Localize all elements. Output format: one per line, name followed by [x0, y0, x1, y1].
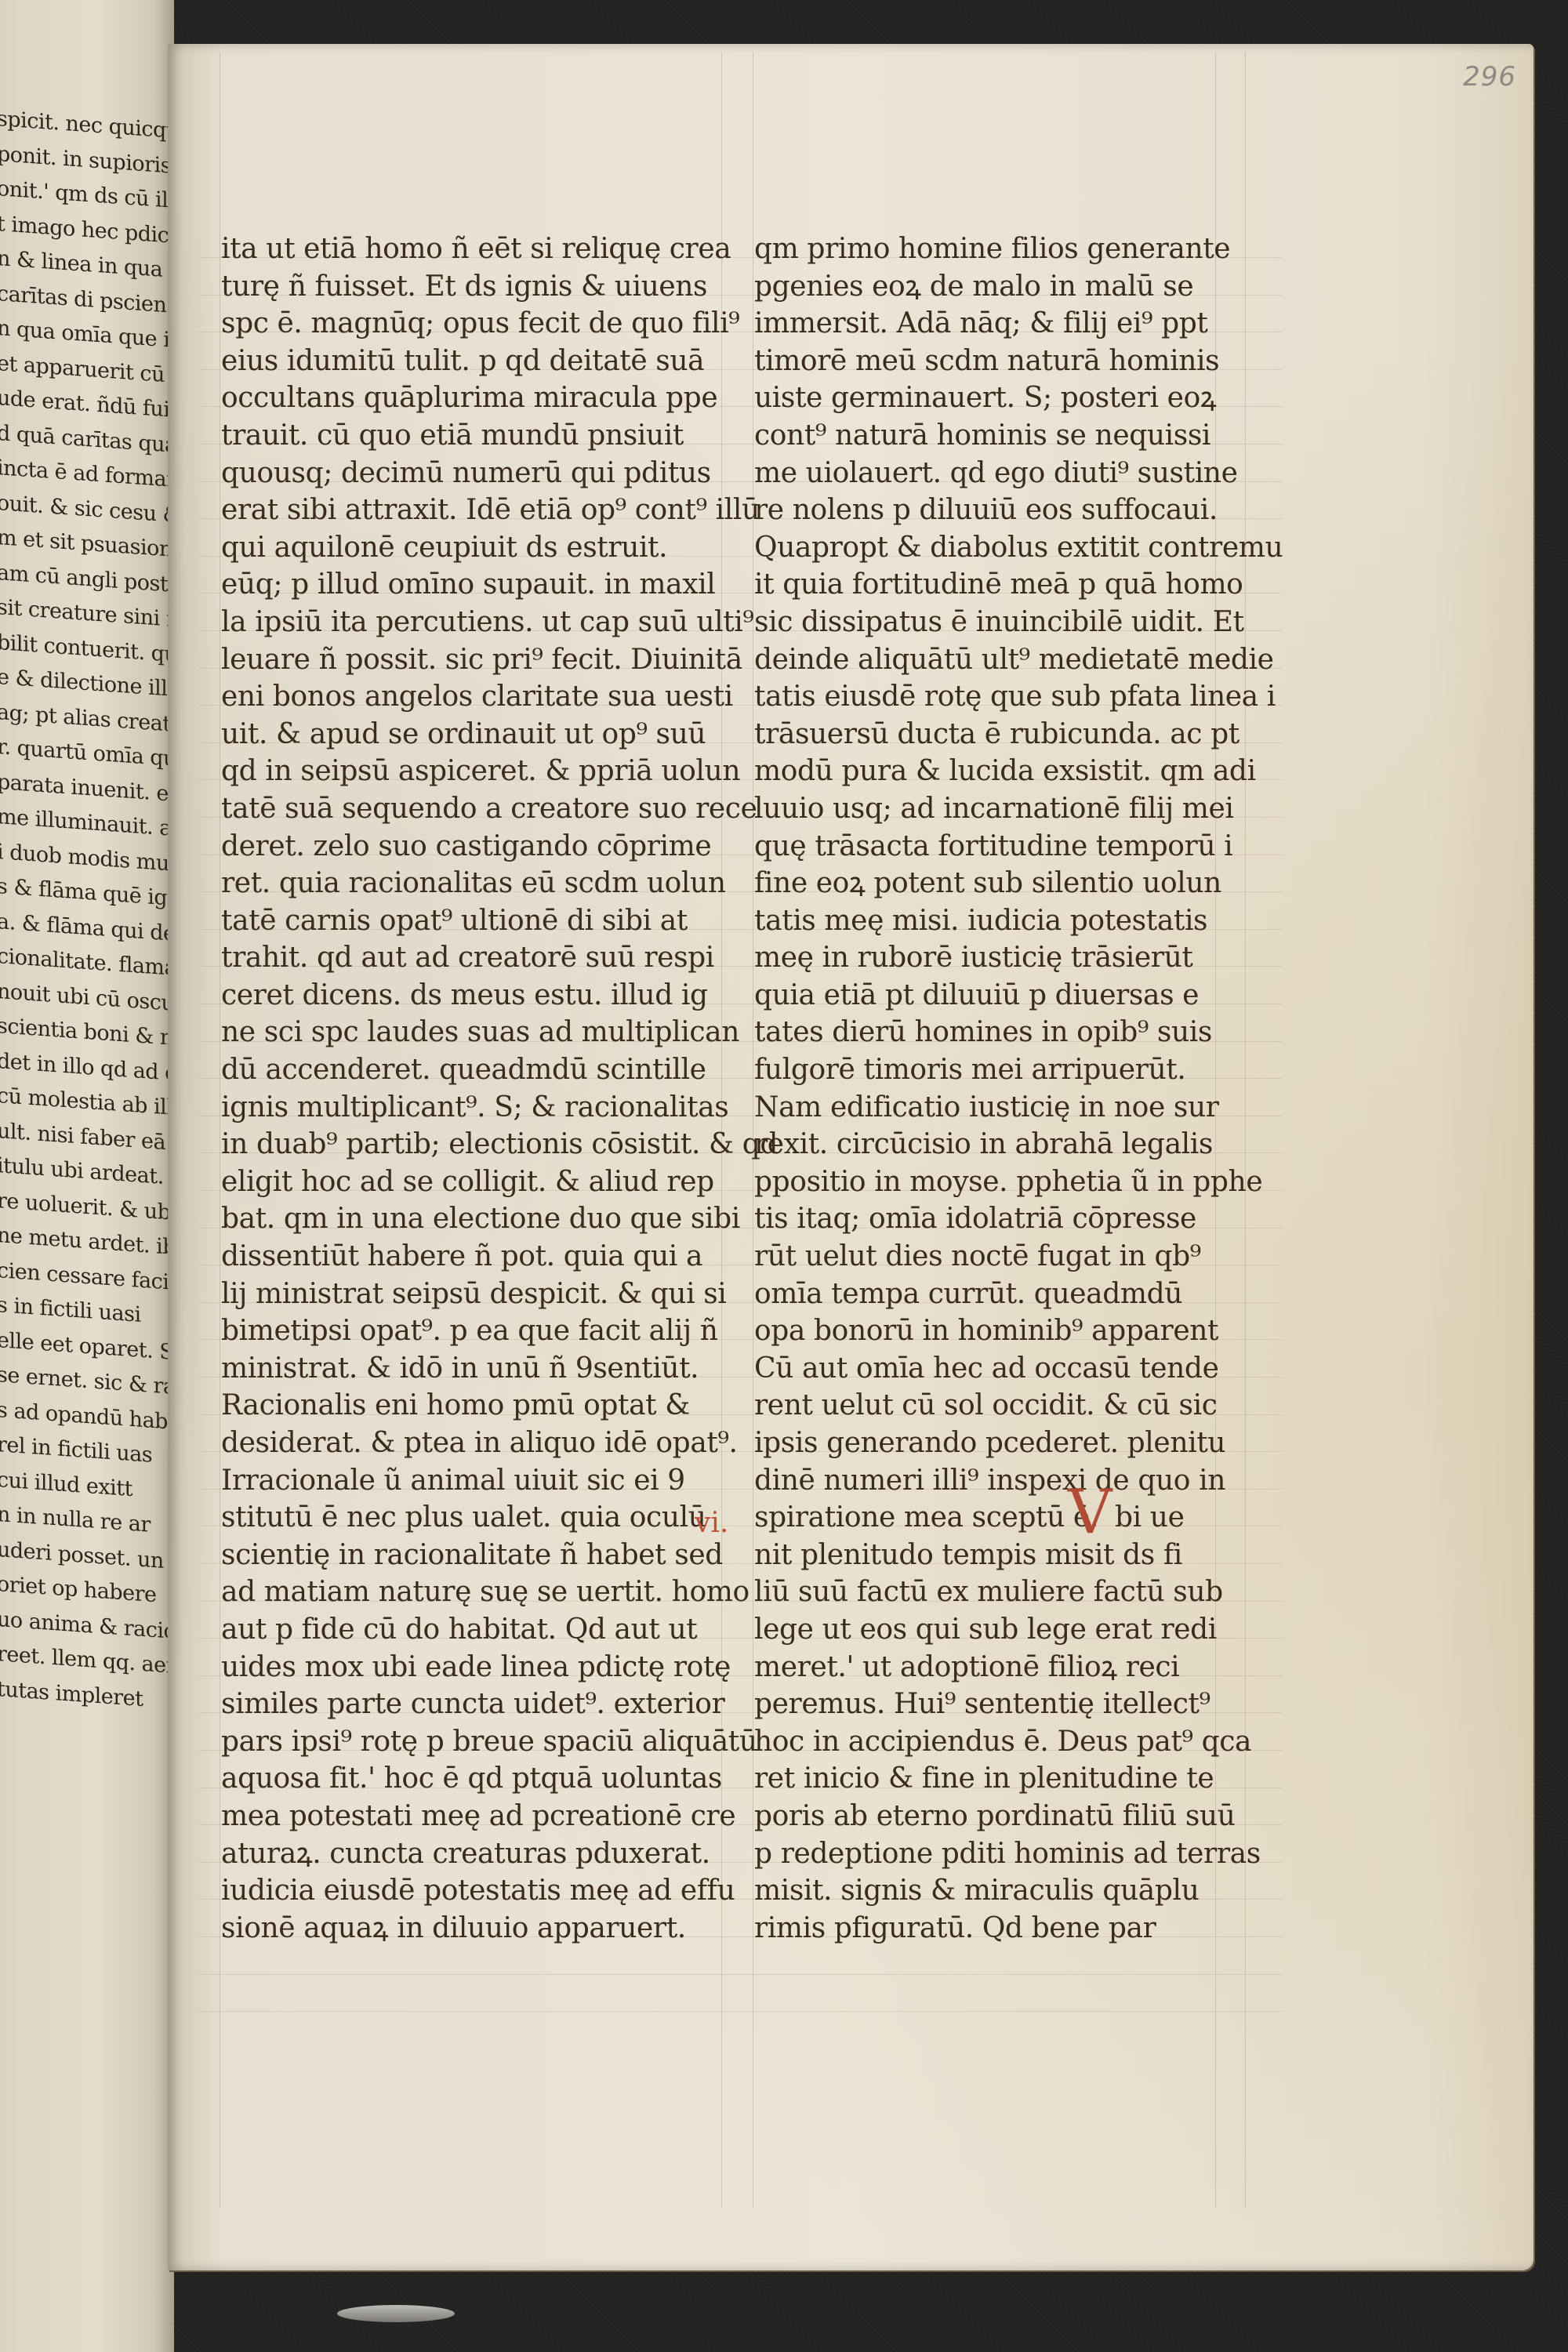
text-line: similes parte cuncta uidet⁹. exterior: [221, 1686, 699, 1723]
text-line: pgenies eoꝝ de malo in malū se: [754, 268, 1240, 306]
text-line: opa bonorū in hominib⁹ apparent: [754, 1312, 1240, 1350]
text-line: Nam edificatio iusticię in noe sur: [754, 1089, 1240, 1127]
text-line: tis itaq; omīa idolatriā cōpresse: [754, 1200, 1240, 1238]
text-line: trauit. cū quo etiā mundū pnsiuit: [221, 417, 699, 455]
text-line: uit. & apud se ordinauit ut op⁹ suū: [221, 716, 699, 753]
text-line: tatis meę misi. iudicia potestatis: [754, 902, 1240, 940]
text-line: la ipsiū ita percutiens. ut cap suū ulti…: [221, 604, 699, 641]
text-line: sionē aquaꝝ in diluuio apparuert.: [221, 1910, 699, 1947]
text-line: trahit. qd aut ad creatorē suū respi: [221, 939, 699, 977]
text-line: quousq; decimū numerū qui pditus: [221, 455, 699, 492]
ruling-line: [220, 52, 220, 2208]
ruling-line: [199, 2011, 1283, 2012]
text-line: tatis eiusdē rotę que sub pfata linea i: [754, 678, 1240, 716]
text-line: eni bonos angelos claritate sua uesti: [221, 678, 699, 716]
text-line: fulgorē timoris mei arripuerūt.: [754, 1051, 1240, 1089]
text-line: ppositio in moyse. pphetia ũ in pphe: [754, 1163, 1240, 1201]
text-line: timorē meū scdm naturā hominis: [754, 343, 1240, 380]
text-line: Irracionale ũ animal uiuit sic ei 9: [221, 1462, 699, 1500]
text-line: leuare ñ possit. sic pri⁹ fecit. Diuinit…: [221, 641, 699, 679]
text-line: liū suū factū ex muliere factū sub: [754, 1573, 1240, 1611]
text-line: quę trāsacta fortitudine temporū i: [754, 828, 1240, 866]
folio-number: 296: [1463, 61, 1516, 93]
text-line: peremus. Hui⁹ sententię itellect⁹: [754, 1686, 1240, 1723]
text-line: tatē suā sequendo a creatore suo rece: [221, 790, 699, 828]
text-line: ad matiam naturę suę se uertit. homo: [221, 1573, 699, 1611]
text-line: uides mox ubi eade linea pdictę rotę: [221, 1649, 699, 1686]
text-line: fine eoꝝ potent sub silentio uolun: [754, 865, 1240, 902]
text-line: ministrat. & idō in unū ñ 9sentiūt.: [221, 1350, 699, 1388]
text-line: modū pura & lucida exsistit. qm adi: [754, 753, 1240, 790]
text-line: omīa tempa currūt. queadmdū: [754, 1276, 1240, 1313]
text-line: meret.' ut adoptionē filioꝝ reci: [754, 1649, 1240, 1686]
text-line: dissentiūt habere ñ pot. quia qui a: [221, 1238, 699, 1276]
text-line: bat. qm in una electione duo que sibi: [221, 1200, 699, 1238]
text-line: rent uelut cū sol occidit. & cū sic: [754, 1387, 1240, 1425]
text-line: spc ē. magnūq; opus fecit de quo fili⁹: [221, 305, 699, 343]
text-line: desiderat. & ptea in aliquo idē opat⁹.: [221, 1425, 699, 1462]
text-line: quia etiā pt diluuiū p diuersas e: [754, 977, 1240, 1014]
text-line: hoc in accipiendus ē. Deus pat⁹ qca: [754, 1723, 1240, 1761]
verso-page: spicit. nec quicquā ipsi aponit. in supi…: [0, 0, 174, 2352]
text-line: ceret dicens. ds meus estu. illud ig: [221, 977, 699, 1014]
verso-text: spicit. nec quicquā ipsi aponit. in supi…: [0, 102, 174, 1721]
text-line: poris ab eterno pordinatū filiū suū: [754, 1798, 1240, 1835]
text-line: ipsis generando pcederet. plenitu: [754, 1425, 1240, 1462]
text-line: mea potestati meę ad pcreationē cre: [221, 1798, 699, 1835]
text-line: qd in seipsū aspiceret. & ppriā uolun: [221, 753, 699, 790]
text-line: Racionalis eni homo pmū optat &: [221, 1387, 699, 1425]
text-line: eligit hoc ad se colligit. & aliud rep: [221, 1163, 699, 1201]
text-line: qui aquilonē ceupiuit ds estruit.: [221, 529, 699, 567]
text-line: luuio usq; ad incarnationē filij mei: [754, 790, 1240, 828]
text-line: dinē numeri illi⁹ inspexi de quo in: [754, 1462, 1240, 1500]
text-line: ne sci spc laudes suas ad multiplican: [221, 1014, 699, 1051]
text-line: aturaꝝ. cuncta creaturas pduxerat.: [221, 1835, 699, 1873]
text-line: rexit. circūcisio in abrahā legalis: [754, 1126, 1240, 1163]
text-line: aquosa fit.' hoc ē qd ptquā uoluntas: [221, 1760, 699, 1798]
text-line: Quapropt & diabolus extitit contremu: [754, 529, 1240, 567]
text-line: deinde aliquātū ult⁹ medietatē medie: [754, 641, 1240, 679]
text-line: turę ñ fuisset. Et ds ignis & uiuens: [221, 268, 699, 306]
decorated-initial-v: V: [1068, 1482, 1112, 1543]
text-line: scientię in racionalitate ñ habet sed: [221, 1537, 699, 1574]
ruling-line: [199, 1974, 1283, 1975]
text-line: tates dierū homines in opib⁹ suis: [754, 1014, 1240, 1051]
text-line: me uiolauert. qd ego diuti⁹ sustine: [754, 455, 1240, 492]
text-line: lij ministrat seipsū despicit. & qui si: [221, 1276, 699, 1313]
text-line: iudicia eiusdē potestatis meę ad effu: [221, 1872, 699, 1910]
text-line: p redeptione pditi hominis ad terras: [754, 1835, 1240, 1873]
text-line: sic dissipatus ē inuincibilē uidit. Et: [754, 604, 1240, 641]
text-line: pars ipsi⁹ rotę p breue spaciū aliquātū: [221, 1723, 699, 1761]
text-line: it quia fortitudinē meā p quā homo: [754, 566, 1240, 604]
text-line: rūt uelut dies noctē fugat in qb⁹: [754, 1238, 1240, 1276]
text-line: nit plenitudo tempis misit ds fi: [754, 1537, 1240, 1574]
text-column-left: ita ut etiā homo ñ eēt si reliquę creatu…: [221, 230, 699, 1947]
text-line: eius idumitū tulit. p qd deitatē suā: [221, 343, 699, 380]
margin-numeral: vi.: [695, 1507, 728, 1539]
text-line: aut p fide cū do habitat. Qd aut ut: [221, 1611, 699, 1649]
text-line: spiratione mea sceptū ē.Vbi ue: [754, 1499, 1240, 1537]
text-line: uiste germinauert. S; posteri eoꝝ: [754, 379, 1240, 417]
text-line: qm primo homine filios generante: [754, 230, 1240, 268]
page-clasp: [337, 2305, 455, 2322]
text-line: trāsuersū ducta ē rubicunda. ac pt: [754, 716, 1240, 753]
text-line: erat sibi attraxit. Idē etiā op⁹ cont⁹ i…: [221, 492, 699, 529]
text-line: ret inicio & fine in plenitudine te: [754, 1760, 1240, 1798]
text-line: stitutū ē nec plus ualet. quia oculū: [221, 1499, 699, 1537]
text-line: lege ut eos qui sub lege erat redi: [754, 1611, 1240, 1649]
text-line: occultans quāplurima miracula ppe: [221, 379, 699, 417]
text-line: Cū aut omīa hec ad occasū tende: [754, 1350, 1240, 1388]
initial-following-text: bi ue: [1115, 1499, 1185, 1537]
recto-page: 296 ita ut etiā homo ñ eēt si reliquę cr…: [168, 44, 1534, 2270]
text-line: tatē carnis opat⁹ ultionē di sibi at: [221, 902, 699, 940]
text-line: meę in ruborē iusticię trāsierūt: [754, 939, 1240, 977]
text-line: deret. zelo suo castigando cōprime: [221, 828, 699, 866]
text-line: immersit. Adā nāq; & filij ei⁹ ppt: [754, 305, 1240, 343]
text-line: re nolens p diluuiū eos suffocaui.: [754, 492, 1240, 529]
text-line: ita ut etiā homo ñ eēt si reliquę crea: [221, 230, 699, 268]
text-line: cont⁹ naturā hominis se nequissi: [754, 417, 1240, 455]
text-line: misit. signis & miraculis quāplu: [754, 1872, 1240, 1910]
text-line: eūq; p illud omīno supauit. in maxil: [221, 566, 699, 604]
text-line: bimetipsi opat⁹. p ea que facit alij ñ: [221, 1312, 699, 1350]
text-line: ignis multiplicant⁹. S; & racionalitas: [221, 1089, 699, 1127]
ruling-line: [1245, 52, 1246, 2208]
text-line: ret. quia racionalitas eū scdm uolun: [221, 865, 699, 902]
text-line: in duab⁹ partib; electionis cōsistit. & …: [221, 1126, 699, 1163]
text-line: dū accenderet. queadmdū scintille: [221, 1051, 699, 1089]
text-column-right: qm primo homine filios generantepgenies …: [754, 230, 1240, 1947]
text-line: rimis pfiguratū. Qd bene par: [754, 1910, 1240, 1947]
